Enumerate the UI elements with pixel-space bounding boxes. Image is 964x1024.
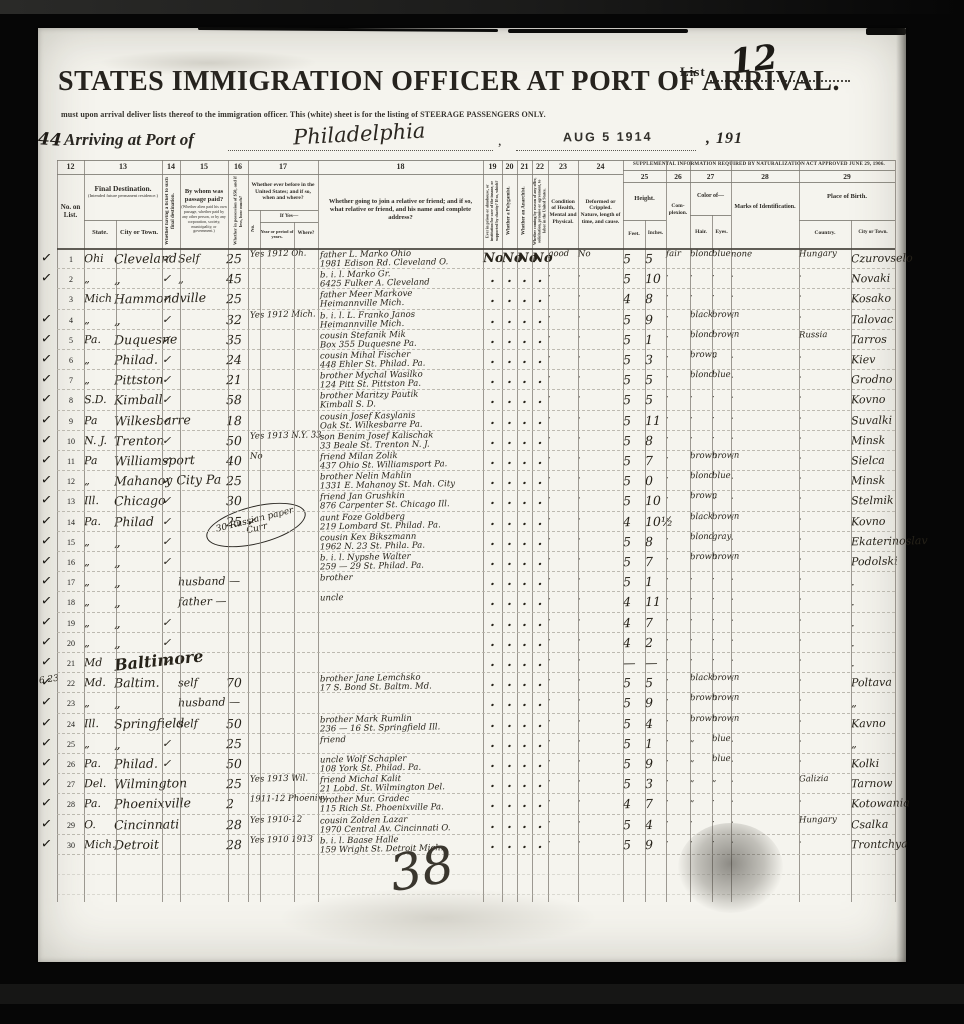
row21-tkt: ✓ (162, 653, 180, 672)
row12-country: . (799, 471, 853, 482)
row3-deform: . (578, 289, 623, 300)
row22-q19: . (483, 673, 502, 692)
manifest-table: 12 13 14 15 16 17 18 19 20 21 22 23 24 S… (57, 160, 895, 920)
grid-hline (248, 210, 318, 211)
row27-q22: . (532, 774, 548, 793)
row13-eyes: „ (712, 491, 733, 501)
row21-deform: . (578, 653, 623, 664)
row23-country: . (799, 693, 853, 704)
row8-deform: . (578, 390, 623, 401)
row1-n: 1 (59, 249, 83, 270)
row16-country: . (799, 552, 853, 563)
row6-n: 6 (59, 350, 83, 371)
row16-marks: . (731, 551, 799, 562)
row17-country: . (799, 572, 853, 583)
row25-eyes: blue (712, 734, 733, 744)
row3-q19: . (483, 289, 502, 308)
row30-ft: 5 (623, 835, 645, 854)
row9-deform: . (578, 410, 623, 421)
row3-marks: . (731, 289, 799, 300)
margin-scribble: 44 (37, 129, 62, 151)
scanned-manifest-page: List 12 STATES IMMIGRATION OFFICER AT PO… (0, 0, 964, 1024)
row22-deform: . (578, 673, 623, 684)
col26-number: 26 (666, 170, 690, 182)
row-line (57, 511, 895, 512)
row10-health: . (548, 431, 578, 442)
row9-inch: 11 (645, 410, 666, 429)
supplemental-banner: SUPPLEMENTAL INFORMATION REQUIRED BY NAT… (623, 160, 895, 170)
row25-bcity: „ (851, 733, 897, 753)
row28-inch: 7 (645, 794, 666, 813)
row18-ft: 4 (623, 592, 645, 611)
row16-city: „ (114, 552, 166, 572)
row1-deform: No (578, 249, 623, 260)
row18-rel1: uncle (320, 591, 485, 604)
row17-hair: . (690, 572, 714, 582)
row25-ft: 5 (623, 734, 645, 753)
row19-q20: . (502, 612, 517, 631)
row18-q21: . (517, 592, 532, 611)
row12-comp: . (666, 471, 692, 481)
row5-q21: . (517, 330, 532, 349)
row30-q21: . (517, 835, 532, 854)
row1-ft: 5 (623, 249, 645, 268)
row14-q21: . (517, 511, 532, 530)
row30-inch: 9 (645, 835, 666, 854)
row21-country: . (799, 653, 853, 664)
row24-marks: . (731, 713, 799, 724)
row21-hair: . (690, 653, 714, 663)
row22-marks: . (731, 673, 799, 684)
col15-number: 15 (180, 160, 228, 174)
row20-checkmark-icon: ✓ (40, 632, 56, 652)
row4-q22: . (532, 309, 548, 328)
col16-label: Whether in possession of $50, and if les… (228, 176, 248, 246)
row27-health: . (548, 774, 578, 785)
col20-label: Whether a Polygamist. (502, 176, 517, 246)
row1-paid: Self (178, 249, 230, 269)
row26-hair: „ (690, 754, 714, 764)
row7-health: . (548, 370, 578, 381)
row16-ft: 5 (623, 552, 645, 571)
row30-deform: . (578, 834, 623, 845)
row11-comp: . (666, 451, 692, 461)
col13-sub: (Intended future permanent residence.) (88, 193, 158, 198)
row14-ft: 4 (623, 511, 645, 530)
row2-comp: . (666, 269, 692, 279)
row27-hair: „ (690, 774, 714, 784)
row28-q22: . (532, 794, 548, 813)
grid-vline (895, 160, 896, 902)
row15-hair: blond (690, 532, 714, 542)
row17-q21: . (517, 572, 532, 591)
row19-comp: . (666, 612, 692, 622)
row7-hair: blond (690, 370, 714, 380)
row29-deform: . (578, 814, 623, 825)
row25-city: „ (114, 733, 166, 753)
row26-tkt: ✓ (162, 754, 180, 773)
row13-marks: . (731, 491, 799, 502)
row29-health: . (548, 814, 578, 825)
row-line (57, 672, 895, 673)
ink-smudge (678, 823, 783, 913)
row25-marks: . (731, 733, 799, 744)
col13-state-label: State. (84, 220, 116, 246)
row3-eyes: . (712, 289, 733, 299)
row9-checkmark-icon: ✓ (40, 410, 56, 430)
row13-health: . (548, 491, 578, 502)
row13-n: 13 (59, 491, 83, 512)
row9-country: . (799, 410, 853, 421)
row25-hair: „ (690, 734, 714, 744)
row18-q20: . (502, 592, 517, 611)
row14-deform: . (578, 511, 623, 522)
row9-marks: . (731, 410, 799, 421)
col15-main: By whom was passage paid? (181, 188, 227, 204)
row10-inch: 8 (645, 431, 666, 450)
row15-comp: . (666, 532, 692, 542)
col17-ifyes-label: If Yes— (260, 210, 318, 222)
row28-q21: . (517, 794, 532, 813)
row29-q20: . (502, 814, 517, 833)
row5-bcity: Tarros (851, 329, 897, 349)
row18-city: „ (114, 592, 166, 612)
row23-ft: 5 (623, 693, 645, 712)
row28-city: Phoenixville (114, 794, 166, 814)
row7-ft: 5 (623, 370, 645, 389)
row11-hair: brown (690, 451, 714, 461)
row22-ft: 5 (623, 673, 645, 692)
row4-q21: . (517, 309, 532, 328)
row-line (57, 612, 895, 613)
grid-hline (623, 170, 895, 171)
row-line (57, 834, 895, 835)
row22-health: . (548, 673, 578, 684)
row11-deform: . (578, 451, 623, 462)
row13-q19: . (483, 491, 502, 510)
row22-inch: 5 (645, 673, 666, 692)
row24-inch: 4 (645, 713, 666, 732)
grid-hline (799, 220, 895, 221)
row25-q19: . (483, 734, 502, 753)
row10-q20: . (502, 431, 517, 450)
row2-health: . (548, 269, 578, 280)
row14-marks: . (731, 511, 799, 522)
row8-tkt: ✓ (162, 390, 180, 409)
row28-bcity: Kotowania (851, 794, 897, 814)
row3-city: Hammondville (114, 289, 166, 309)
header-bottom-rule (57, 248, 895, 250)
row2-city: „ (114, 269, 166, 289)
row22-q21: . (517, 673, 532, 692)
row27-inch: 3 (645, 774, 666, 793)
col24-number: 24 (578, 160, 623, 174)
row-line (57, 450, 895, 451)
row14-bcity: Kovno (851, 511, 897, 531)
row8-n: 8 (59, 390, 83, 411)
row11-country: . (799, 451, 853, 462)
row4-checkmark-icon: ✓ (40, 309, 56, 329)
row-line (57, 369, 895, 370)
row1-comp: fair (666, 249, 692, 259)
row10-bcity: Minsk (851, 430, 897, 450)
row20-bcity: . (851, 632, 897, 652)
row13-ft: 5 (623, 491, 645, 510)
row17-bcity: . (851, 572, 897, 592)
row17-deform: . (578, 572, 623, 583)
row-line (57, 349, 895, 350)
row13-checkmark-icon: ✓ (40, 491, 56, 511)
row2-q22: . (532, 269, 548, 288)
row6-deform: . (578, 350, 623, 361)
row2-ft: 5 (623, 269, 645, 288)
col29-country-label: Country. (799, 220, 851, 246)
port-value-handwritten: Philadelphia (292, 119, 425, 150)
row14-eyes: brown (712, 511, 733, 521)
row19-deform: . (578, 612, 623, 623)
row24-q21: . (517, 713, 532, 732)
row15-city: „ (114, 531, 166, 551)
row19-marks: . (731, 612, 799, 623)
row6-q22: . (532, 350, 548, 369)
row21-comp: . (666, 653, 692, 663)
row20-city: „ (114, 632, 166, 652)
row30-city: Detroit (114, 834, 166, 854)
row26-bcity: Kolki (851, 754, 897, 774)
row28-hair: „ (690, 794, 714, 804)
row28-checkmark-icon: ✓ (40, 794, 56, 814)
col17-number: 17 (248, 160, 318, 174)
row-line (57, 773, 895, 774)
row23-n: 23 (59, 693, 83, 714)
col20-number: 20 (502, 160, 517, 174)
row14-health: . (548, 511, 578, 522)
row23-city: „ (114, 693, 166, 713)
row28-comp: . (666, 794, 692, 804)
row4-q19: . (483, 309, 502, 328)
row26-ft: 5 (623, 754, 645, 773)
row24-bcity: Kavno (851, 713, 897, 733)
row28-marks: . (731, 794, 799, 805)
row11-n: 11 (59, 451, 83, 472)
row28-ft: 4 (623, 794, 645, 813)
col13-number: 13 (84, 160, 162, 174)
row23-q22: . (532, 693, 548, 712)
row7-inch: 5 (645, 370, 666, 389)
row11-health: . (548, 451, 578, 462)
col15-sub: (Whether alien paid his own passage, whe… (181, 205, 227, 234)
row30-checkmark-icon: ✓ (40, 834, 56, 854)
row6-country: . (799, 350, 853, 361)
row23-inch: 9 (645, 693, 666, 712)
row12-ft: 5 (623, 471, 645, 490)
row1-inch: 5 (645, 249, 666, 268)
row29-city: Cincinnati (114, 814, 166, 834)
row6-inch: 3 (645, 350, 666, 369)
row12-q21: . (517, 471, 532, 490)
col25-feet-label: Feet. (623, 222, 645, 246)
row26-q19: . (483, 754, 502, 773)
row8-city: Kimball (114, 390, 166, 410)
row23-q21: . (517, 693, 532, 712)
row-line (57, 793, 895, 794)
row19-n: 19 (59, 613, 83, 634)
row10-q21: . (517, 431, 532, 450)
row26-comp: . (666, 754, 692, 764)
row30-n: 30 (59, 835, 83, 856)
row16-comp: . (666, 552, 692, 562)
row25-comp: . (666, 734, 692, 744)
row27-eyes: „ (712, 774, 733, 784)
row19-bcity: . (851, 612, 897, 632)
paper-stain (98, 50, 318, 76)
comma: , (498, 134, 502, 150)
row4-eyes: brown (712, 309, 733, 319)
col27-hair-label: Hair. (690, 218, 712, 246)
row17-q20: . (502, 572, 517, 591)
row21-checkmark-icon: ✓ (40, 652, 56, 672)
row15-q19: . (483, 532, 502, 551)
col13-city-label: City or Town. (116, 220, 162, 246)
row4-deform: . (578, 309, 623, 320)
col25-label: Height. (623, 186, 666, 212)
row15-inch: 8 (645, 532, 666, 551)
row30-q20: . (502, 835, 517, 854)
row4-comp: . (666, 309, 692, 319)
row8-ft: 5 (623, 390, 645, 409)
row25-q20: . (502, 734, 517, 753)
grid-hline (623, 182, 895, 183)
row6-ft: 5 (623, 350, 645, 369)
row5-health: . (548, 330, 578, 341)
row7-country: . (799, 370, 853, 381)
row30-bcity: Trontchya (851, 834, 897, 854)
row20-marks: . (731, 632, 799, 643)
row16-q19: . (483, 552, 502, 571)
edge-artifact (198, 27, 498, 32)
col18-number: 18 (318, 160, 483, 174)
grid-hline (690, 215, 731, 216)
row29-q21: . (517, 814, 532, 833)
row6-city: Philad. (114, 350, 166, 370)
row15-country: . (799, 531, 853, 542)
row25-inch: 1 (645, 734, 666, 753)
row8-inch: 5 (645, 390, 666, 409)
row5-inch: 1 (645, 330, 666, 349)
row29-inch: 4 (645, 814, 666, 833)
row6-tkt: ✓ (162, 350, 180, 369)
row15-q22: . (532, 532, 548, 551)
row-line (57, 329, 895, 330)
row12-eyes: blue (712, 471, 733, 481)
row29-bcity: Csalka (851, 814, 897, 834)
row18-q22: . (532, 592, 548, 611)
row27-marks: . (731, 774, 799, 785)
row6-bcity: Kiev (851, 350, 897, 370)
grid-vline (260, 210, 261, 902)
row19-hair: . (690, 612, 714, 622)
grid-hline (623, 220, 666, 221)
row28-q19: . (483, 794, 502, 813)
row1-city: Cleveland (114, 249, 166, 269)
row2-paid: „ (178, 269, 230, 289)
row9-health: . (548, 410, 578, 421)
row19-country: . (799, 612, 853, 623)
row5-comp: . (666, 330, 692, 340)
row20-comp: . (666, 633, 692, 643)
edge-artifact (866, 28, 906, 35)
row4-tkt: ✓ (162, 309, 180, 328)
row3-hair: . (690, 289, 714, 299)
row21-q19: . (483, 653, 502, 672)
row16-hair: brown (690, 552, 714, 562)
row11-city: Williamsport (114, 451, 166, 471)
scan-top-border (0, 0, 964, 14)
row13-tkt: ✓ (162, 491, 180, 510)
row7-city: Pittston (114, 370, 166, 390)
row18-inch: 11 (645, 592, 666, 611)
col23-number: 23 (548, 160, 578, 174)
row21-n: 21 (59, 653, 83, 674)
row6-hair: brown (690, 350, 714, 360)
row20-n: 20 (59, 633, 83, 654)
col14-label: Whether having a ticket to such final de… (162, 176, 180, 246)
row26-country: . (799, 754, 853, 765)
col23-label: Condition of Health, Mental and Physical… (549, 182, 577, 242)
col27-label: Color of— (690, 186, 731, 208)
row4-inch: 9 (645, 309, 666, 328)
row22-q20: . (502, 673, 517, 692)
row21-marks: . (731, 652, 799, 663)
row3-q22: . (532, 289, 548, 308)
row30-q19: . (483, 835, 502, 854)
row7-q21: . (517, 370, 532, 389)
row21-inch: — (645, 653, 666, 672)
row4-country: . (799, 309, 853, 320)
row16-n: 16 (59, 552, 83, 573)
row27-q20: . (502, 774, 517, 793)
row21-city: Baltimore (113, 650, 167, 674)
row28-eyes: . (712, 794, 733, 804)
row-line (57, 733, 895, 734)
col19-label: Ever in prison or almshouse, or institut… (483, 176, 502, 246)
row8-health: . (548, 390, 578, 401)
row2-inch: 10 (645, 269, 666, 288)
row19-health: . (548, 612, 578, 623)
row8-checkmark-icon: ✓ (40, 390, 56, 410)
row21-q20: . (502, 653, 517, 672)
row27-ft: 5 (623, 774, 645, 793)
row17-eyes: . (712, 572, 733, 582)
row4-hair: black (690, 309, 714, 319)
row7-marks: . (731, 370, 799, 381)
row14-checkmark-icon: ✓ (40, 511, 56, 531)
row-line (57, 652, 895, 653)
grid-vline (294, 222, 295, 902)
row18-n: 18 (59, 592, 83, 613)
row27-country: Galizia (799, 774, 853, 785)
page-subtitle: must upon arrival deliver lists thereof … (61, 110, 546, 119)
printed-year: , 191 (706, 130, 743, 148)
row-line (57, 430, 895, 431)
row27-checkmark-icon: ✓ (40, 774, 56, 794)
row22-comp: . (666, 673, 692, 683)
row11-eyes: brown (712, 451, 733, 461)
row21-bcity: . (851, 653, 897, 673)
row7-tkt: ✓ (162, 370, 180, 389)
row10-tkt: ✓ (162, 431, 180, 450)
row22-q22: . (532, 673, 548, 692)
